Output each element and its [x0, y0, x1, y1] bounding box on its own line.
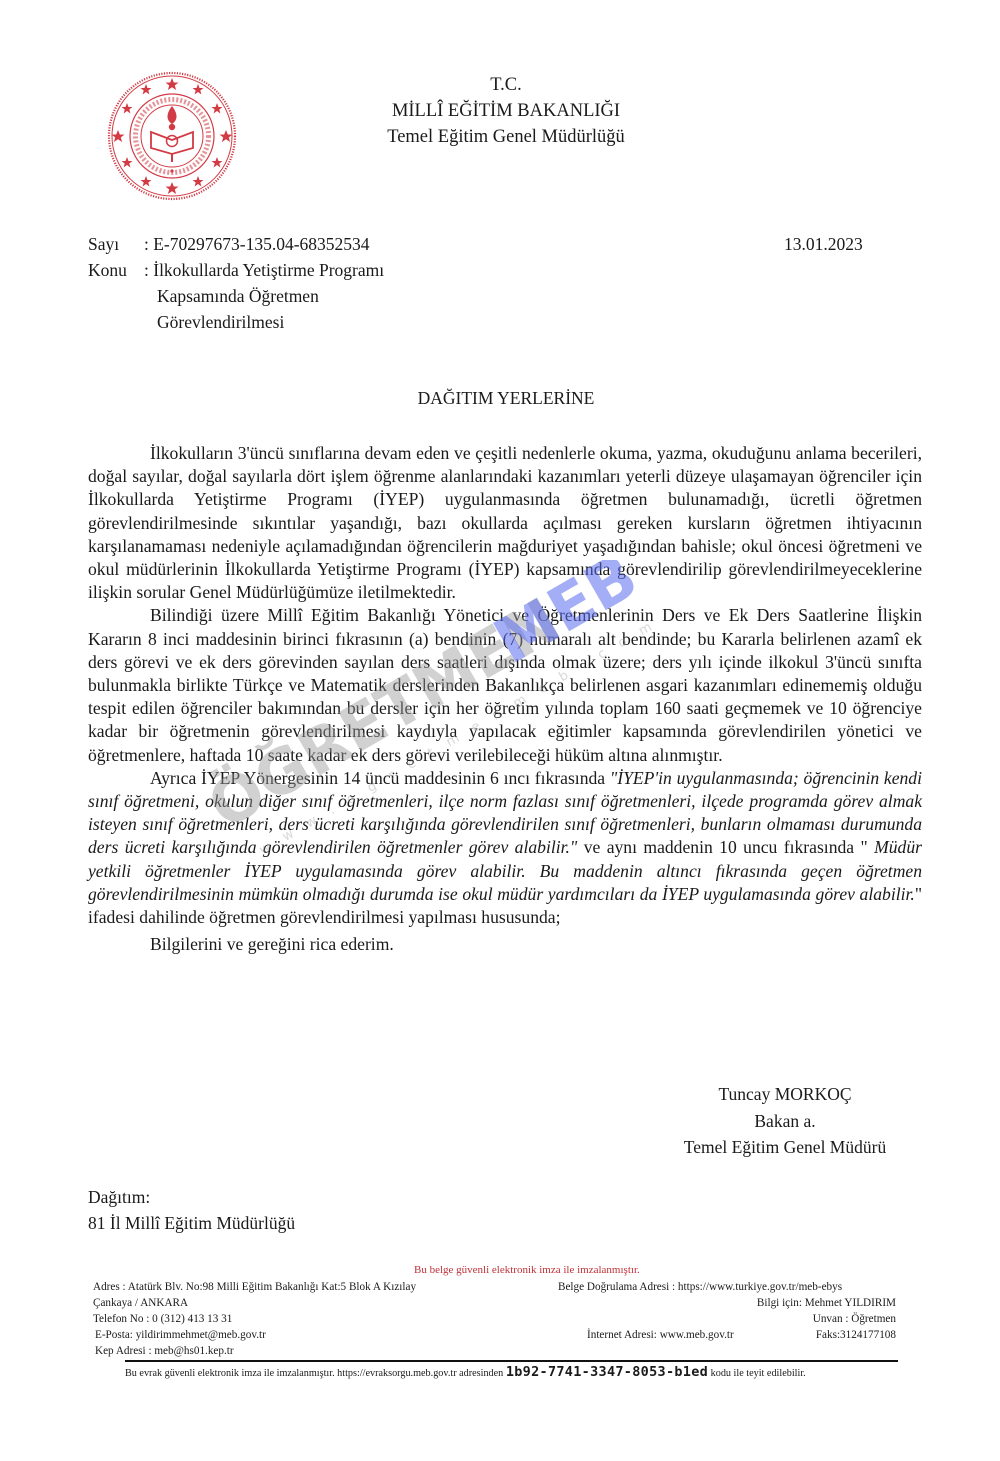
signatory-name: Tuncay MORKOÇ	[640, 1081, 930, 1108]
footer-fax: Faks:3124177108	[816, 1327, 896, 1343]
konu-line-3: Görevlendirilmesi	[157, 309, 284, 335]
verification-code: 1b92-7741-3347-8053-b1ed	[506, 1364, 708, 1380]
paragraph-3-mid: ve aynı maddenin 10 uncu fıkrasında "	[577, 837, 874, 857]
document-number: Sayı: E-70297673-135.04-68352534	[88, 231, 370, 257]
footer-divider	[125, 1360, 898, 1362]
footer-contact: Bilgi için: Mehmet YILDIRIM	[757, 1295, 896, 1311]
konu-label: Konu	[88, 257, 144, 283]
document-date: 13.01.2023	[784, 231, 863, 257]
distribution-label: Dağıtım:	[88, 1187, 150, 1208]
recipient-heading: DAĞITIM YERLERİNE	[300, 388, 712, 409]
footer-website[interactable]: İnternet Adresi: www.meb.gov.tr	[587, 1327, 734, 1343]
distribution-item: 81 İl Millî Eğitim Müdürlüğü	[88, 1213, 295, 1234]
konu-line-2: Kapsamında Öğretmen	[157, 283, 319, 309]
meb-seal-icon	[106, 70, 238, 202]
footer-phone: Telefon No : 0 (312) 413 13 31	[93, 1311, 232, 1327]
sayi-label: Sayı	[88, 231, 144, 257]
header-ministry: MİLLÎ EĞİTİM BAKANLIĞI	[300, 98, 712, 124]
closing-line: Bilgilerini ve gereğini rica ederim.	[88, 933, 922, 956]
paragraph-1: İlkokulların 3'üncü sınıflarına devam ed…	[88, 442, 922, 604]
verification-suffix: kodu ile teyit edilebilir.	[708, 1368, 806, 1379]
header-country: T.C.	[300, 72, 712, 98]
paragraph-3-intro: Ayrıca İYEP Yönergesinin 14 üncü maddesi…	[150, 768, 610, 788]
subject: Konu: İlkokullarda Yetiştirme Programı	[88, 257, 384, 283]
signatory-title-1: Bakan a.	[640, 1108, 930, 1135]
signatory-title-2: Temel Eğitim Genel Müdürü	[640, 1134, 930, 1161]
paragraph-2: Bilindiği üzere Millî Eğitim Bakanlığı Y…	[88, 604, 922, 766]
footer-email[interactable]: E-Posta: yildirimmehmet@meb.gov.tr	[95, 1327, 266, 1343]
header-department: Temel Eğitim Genel Müdürlüğü	[300, 124, 712, 150]
footer-kep[interactable]: Kep Adresi : meb@hs01.kep.tr	[95, 1343, 234, 1359]
paragraph-3: Ayrıca İYEP Yönergesinin 14 üncü maddesi…	[88, 767, 922, 929]
letter-body: İlkokulların 3'üncü sınıflarına devam ed…	[88, 442, 922, 956]
konu-line-1: : İlkokullarda Yetiştirme Programı	[144, 260, 384, 280]
verification-line: Bu evrak güvenli elektronik imza ile imz…	[125, 1364, 898, 1380]
verification-text: Bu evrak güvenli elektronik imza ile imz…	[125, 1368, 506, 1379]
footer-contact-title: Unvan : Öğretmen	[813, 1311, 896, 1327]
footer-verify-url[interactable]: Belge Doğrulama Adresi : https://www.tur…	[558, 1279, 842, 1295]
esign-note: Bu belge güvenli elektronik imza ile imz…	[414, 1264, 640, 1276]
footer-city: Çankaya / ANKARA	[93, 1295, 188, 1311]
sayi-value: : E-70297673-135.04-68352534	[144, 234, 370, 254]
footer-address: Adres : Atatürk Blv. No:98 Milli Eğitim …	[93, 1279, 416, 1295]
